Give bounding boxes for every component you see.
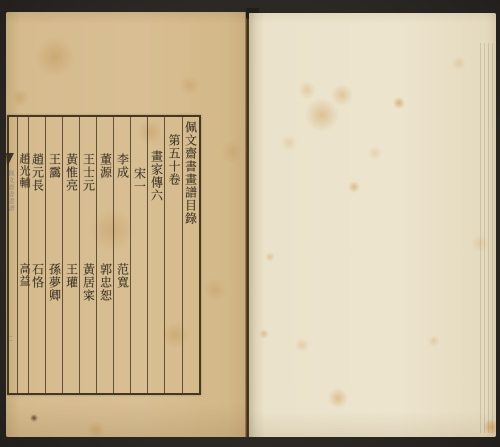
painter-name: 孫夢卿 xyxy=(49,263,61,302)
book-scan-photo: 佩文齋書畫譜 二 趙光輔 高益 趙元長 石恪 王靄 孫夢卿 黃惟亮 王瓘 王士元… xyxy=(0,0,500,447)
left-page: 佩文齋書畫譜 二 趙光輔 高益 趙元長 石恪 王靄 孫夢卿 黃惟亮 王瓘 王士元… xyxy=(6,12,247,437)
column-volume: 第五十卷 xyxy=(164,117,183,393)
painter-name: 范寬 xyxy=(117,263,129,289)
painter-name: 趙元長 xyxy=(32,153,44,192)
painter-column: 董源 郭忠恕 xyxy=(96,117,114,393)
painter-name: 王瓘 xyxy=(66,263,78,289)
painter-column: 李成 范寬 xyxy=(113,117,131,393)
painter-name: 王士元 xyxy=(83,153,95,192)
column-title: 佩文齋書畫譜目錄 xyxy=(182,117,198,393)
painter-name: 李成 xyxy=(117,153,129,179)
painter-name: 石恪 xyxy=(32,263,44,289)
painter-name: 王靄 xyxy=(49,153,61,179)
page-edge-lines xyxy=(480,43,495,433)
right-page-blank xyxy=(249,13,496,437)
column-section: 畫家傳六 xyxy=(147,117,165,393)
painter-column: 黃惟亮 王瓘 xyxy=(62,117,80,393)
section-heading: 畫家傳六 xyxy=(151,150,163,202)
painter-column: 趙元長 石恪 xyxy=(28,117,46,393)
printed-text-block: 趙光輔 高益 趙元長 石恪 王靄 孫夢卿 黃惟亮 王瓘 王士元 黃居寀 董源 xyxy=(7,115,201,395)
catalog-title: 佩文齋書畫譜目錄 xyxy=(185,121,197,225)
painter-name: 董源 xyxy=(100,153,112,179)
painter-name: 黃惟亮 xyxy=(66,153,78,192)
volume-heading: 第五十卷 xyxy=(168,134,180,186)
painter-name: 郭忠恕 xyxy=(100,263,112,302)
painter-name: 黃居寀 xyxy=(83,263,95,302)
painter-column: 王士元 黃居寀 xyxy=(79,117,97,393)
painter-column: 王靄 孫夢卿 xyxy=(45,117,63,393)
column-dynasty: 宋一 xyxy=(130,117,148,393)
dynasty-heading: 宋一 xyxy=(134,167,146,193)
